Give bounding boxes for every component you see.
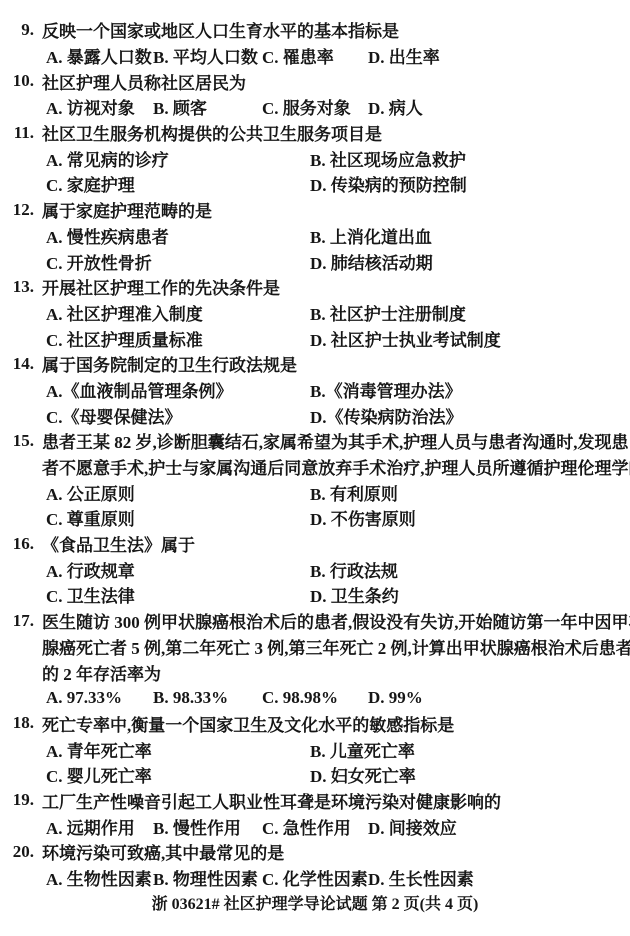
options-row: C. 社区护理质量标准D. 社区护士执业考试制度: [0, 325, 630, 351]
option-b: B. 社区护士注册制度: [310, 300, 630, 325]
option-a: A. 暴露人口数: [46, 43, 153, 68]
question-number: 17.: [0, 611, 34, 631]
option-d: D.《传染病防治法》: [310, 403, 630, 428]
option-d: D. 卫生条约: [310, 582, 630, 607]
question-19: 19.工厂生产性噪音引起工人职业性耳聋是环境污染对健康影响的A. 远期作用B. …: [0, 788, 630, 839]
options-row: A. 青年死亡率B. 儿童死亡率: [0, 736, 630, 762]
options-row: C. 家庭护理D. 传染病的预防控制: [0, 171, 630, 197]
question-list: 9.反映一个国家或地区人口生育水平的基本指标是A. 暴露人口数B. 平均人口数C…: [0, 17, 630, 890]
options-row: A. 生物性因素B. 物理性因素C. 化学性因素D. 生长性因素: [0, 865, 630, 891]
question-stem-line: 16.《食品卫生法》属于: [0, 531, 630, 557]
option-c: C. 婴儿死亡率: [46, 762, 310, 787]
option-a: A. 97.33%: [46, 688, 153, 708]
option-a: A. 远期作用: [46, 814, 153, 839]
question-stem-text: 工厂生产性噪音引起工人职业性耳聋是环境污染对健康影响的: [42, 788, 630, 813]
question-stem-line: 12.属于家庭护理范畴的是: [0, 197, 630, 223]
question-number: 16.: [0, 534, 34, 554]
question-stem-line: 10.社区护理人员称社区居民为: [0, 68, 630, 94]
options-row: C. 婴儿死亡率D. 妇女死亡率: [0, 762, 630, 788]
option-b: B. 行政法规: [310, 557, 630, 582]
option-d: D. 妇女死亡率: [310, 762, 630, 787]
option-d: D. 传染病的预防控制: [310, 171, 630, 196]
exam-page: 9.反映一个国家或地区人口生育水平的基本指标是A. 暴露人口数B. 平均人口数C…: [0, 0, 630, 936]
question-stem-continuation: 腺癌死亡者 5 例,第二年死亡 3 例,第三年死亡 2 例,计算出甲状腺癌根治术…: [0, 634, 630, 660]
question-stem-text: 属于国务院制定的卫生行政法规是: [42, 351, 630, 376]
question-stem-line: 9.反映一个国家或地区人口生育水平的基本指标是: [0, 17, 630, 43]
question-number: 20.: [0, 842, 34, 862]
option-b: B. 平均人口数: [153, 43, 262, 68]
option-c: C. 卫生法律: [46, 582, 310, 607]
option-b: B. 慢性作用: [153, 814, 262, 839]
option-a: A. 生物性因素: [46, 865, 153, 890]
options-row: A. 社区护理准入制度B. 社区护士注册制度: [0, 300, 630, 326]
question-number: 15.: [0, 431, 34, 451]
question-13: 13.开展社区护理工作的先决条件是A. 社区护理准入制度B. 社区护士注册制度C…: [0, 274, 630, 351]
question-11: 11.社区卫生服务机构提供的公共卫生服务项目是A. 常见病的诊疗B. 社区现场应…: [0, 120, 630, 197]
question-number: 13.: [0, 277, 34, 297]
options-row: A. 暴露人口数B. 平均人口数C. 罹患率D. 出生率: [0, 43, 630, 69]
option-c: C.《母婴保健法》: [46, 403, 310, 428]
option-a: A. 青年死亡率: [46, 737, 310, 762]
option-d: D. 社区护士执业考试制度: [310, 326, 630, 351]
question-stem-line: 14.属于国务院制定的卫生行政法规是: [0, 351, 630, 377]
option-d: D. 出生率: [368, 43, 630, 68]
option-a: A. 访视对象: [46, 94, 153, 119]
question-18: 18.死亡专率中,衡量一个国家卫生及文化水平的敏感指标是A. 青年死亡率B. 儿…: [0, 711, 630, 788]
question-stem-line: 20.环境污染可致癌,其中最常见的是: [0, 839, 630, 865]
options-row: A. 行政规章B. 行政法规: [0, 556, 630, 582]
question-stem-text: 环境污染可致癌,其中最常见的是: [42, 839, 630, 864]
option-a: A. 行政规章: [46, 557, 310, 582]
question-number: 9.: [0, 20, 34, 40]
question-12: 12.属于家庭护理范畴的是A. 慢性疾病患者B. 上消化道出血C. 开放性骨折D…: [0, 197, 630, 274]
option-a: A. 常见病的诊疗: [46, 146, 310, 171]
option-b: B. 社区现场应急救护: [310, 146, 630, 171]
question-number: 12.: [0, 200, 34, 220]
option-d: D. 不伤害原则: [310, 505, 630, 530]
option-b: B. 98.33%: [153, 688, 262, 708]
options-row: C. 尊重原则D. 不伤害原则: [0, 505, 630, 531]
option-b: B. 顾客: [153, 94, 262, 119]
question-stem-text: 社区卫生服务机构提供的公共卫生服务项目是: [42, 120, 630, 145]
question-stem-line: 19.工厂生产性噪音引起工人职业性耳聋是环境污染对健康影响的: [0, 788, 630, 814]
options-row: A. 公正原则B. 有利原则: [0, 479, 630, 505]
question-number: 18.: [0, 713, 34, 733]
question-number: 11.: [0, 123, 34, 143]
question-stem-text: 开展社区护理工作的先决条件是: [42, 274, 630, 299]
options-row: C. 开放性骨折D. 肺结核活动期: [0, 248, 630, 274]
option-c: C. 开放性骨折: [46, 249, 310, 274]
question-20: 20.环境污染可致癌,其中最常见的是A. 生物性因素B. 物理性因素C. 化学性…: [0, 839, 630, 890]
option-c: C. 家庭护理: [46, 171, 310, 196]
question-stem-text: 医生随访 300 例甲状腺癌根治术后的患者,假设没有失访,开始随访第一年中因甲状: [42, 608, 630, 633]
question-stem-text: 反映一个国家或地区人口生育水平的基本指标是: [42, 17, 630, 42]
question-stem-line: 17.医生随访 300 例甲状腺癌根治术后的患者,假设没有失访,开始随访第一年中…: [0, 608, 630, 634]
question-stem-text: 属于家庭护理范畴的是: [42, 197, 630, 222]
option-a: A. 慢性疾病患者: [46, 223, 310, 248]
page-footer: 浙 03621# 社区护理学导论试题 第 2 页(共 4 页): [0, 890, 630, 915]
question-stem-continuation: 者不愿意手术,护士与家属沟通后同意放弃手术治疗,护理人员所遵循护理伦理学的: [0, 454, 630, 480]
option-a: A.《血液制品管理条例》: [46, 377, 310, 402]
options-row: A.《血液制品管理条例》B.《消毒管理办法》: [0, 377, 630, 403]
option-b: B. 儿童死亡率: [310, 737, 630, 762]
option-a: A. 公正原则: [46, 480, 310, 505]
options-row: A. 访视对象B. 顾客C. 服务对象D. 病人: [0, 94, 630, 120]
question-14: 14.属于国务院制定的卫生行政法规是A.《血液制品管理条例》B.《消毒管理办法》…: [0, 351, 630, 428]
option-c: C. 98.98%: [262, 688, 368, 708]
options-row: C.《母婴保健法》D.《传染病防治法》: [0, 402, 630, 428]
question-stem-text: 死亡专率中,衡量一个国家卫生及文化水平的敏感指标是: [42, 711, 630, 736]
question-16: 16.《食品卫生法》属于A. 行政规章B. 行政法规C. 卫生法律D. 卫生条约: [0, 531, 630, 608]
options-row: A. 97.33%B. 98.33%C. 98.98%D. 99%: [0, 685, 630, 711]
option-c: C. 罹患率: [262, 43, 368, 68]
option-d: D. 肺结核活动期: [310, 249, 630, 274]
option-d: D. 生长性因素: [368, 865, 630, 890]
question-9: 9.反映一个国家或地区人口生育水平的基本指标是A. 暴露人口数B. 平均人口数C…: [0, 17, 630, 68]
question-stem-line: 11.社区卫生服务机构提供的公共卫生服务项目是: [0, 120, 630, 146]
question-15: 15.患者王某 82 岁,诊断胆囊结石,家属希望为其手术,护理人员与患者沟通时,…: [0, 428, 630, 531]
options-row: A. 慢性疾病患者B. 上消化道出血: [0, 223, 630, 249]
question-stem-text: 《食品卫生法》属于: [42, 531, 630, 556]
option-b: B.《消毒管理办法》: [310, 377, 630, 402]
question-stem-text: 社区护理人员称社区居民为: [42, 69, 630, 94]
option-b: B. 有利原则: [310, 480, 630, 505]
option-c: C. 服务对象: [262, 94, 368, 119]
options-row: C. 卫生法律D. 卫生条约: [0, 582, 630, 608]
options-row: A. 远期作用B. 慢性作用C. 急性作用D. 间接效应: [0, 813, 630, 839]
options-row: A. 常见病的诊疗B. 社区现场应急救护: [0, 145, 630, 171]
option-d: D. 病人: [368, 94, 630, 119]
option-d: D. 间接效应: [368, 814, 630, 839]
option-a: A. 社区护理准入制度: [46, 300, 310, 325]
question-stem-text: 患者王某 82 岁,诊断胆囊结石,家属希望为其手术,护理人员与患者沟通时,发现患: [42, 428, 630, 453]
question-number: 14.: [0, 354, 34, 374]
question-17: 17.医生随访 300 例甲状腺癌根治术后的患者,假设没有失访,开始随访第一年中…: [0, 608, 630, 711]
option-b: B. 物理性因素: [153, 865, 262, 890]
question-stem-line: 15.患者王某 82 岁,诊断胆囊结石,家属希望为其手术,护理人员与患者沟通时,…: [0, 428, 630, 454]
question-stem-continuation: 的 2 年存活率为: [0, 659, 630, 685]
question-stem-line: 13.开展社区护理工作的先决条件是: [0, 274, 630, 300]
option-b: B. 上消化道出血: [310, 223, 630, 248]
option-c: C. 化学性因素: [262, 865, 368, 890]
option-c: C. 急性作用: [262, 814, 368, 839]
option-c: C. 尊重原则: [46, 505, 310, 530]
option-d: D. 99%: [368, 688, 630, 708]
question-10: 10.社区护理人员称社区居民为A. 访视对象B. 顾客C. 服务对象D. 病人: [0, 68, 630, 119]
question-number: 10.: [0, 71, 34, 91]
question-number: 19.: [0, 790, 34, 810]
question-stem-line: 18.死亡专率中,衡量一个国家卫生及文化水平的敏感指标是: [0, 711, 630, 737]
option-c: C. 社区护理质量标准: [46, 326, 310, 351]
